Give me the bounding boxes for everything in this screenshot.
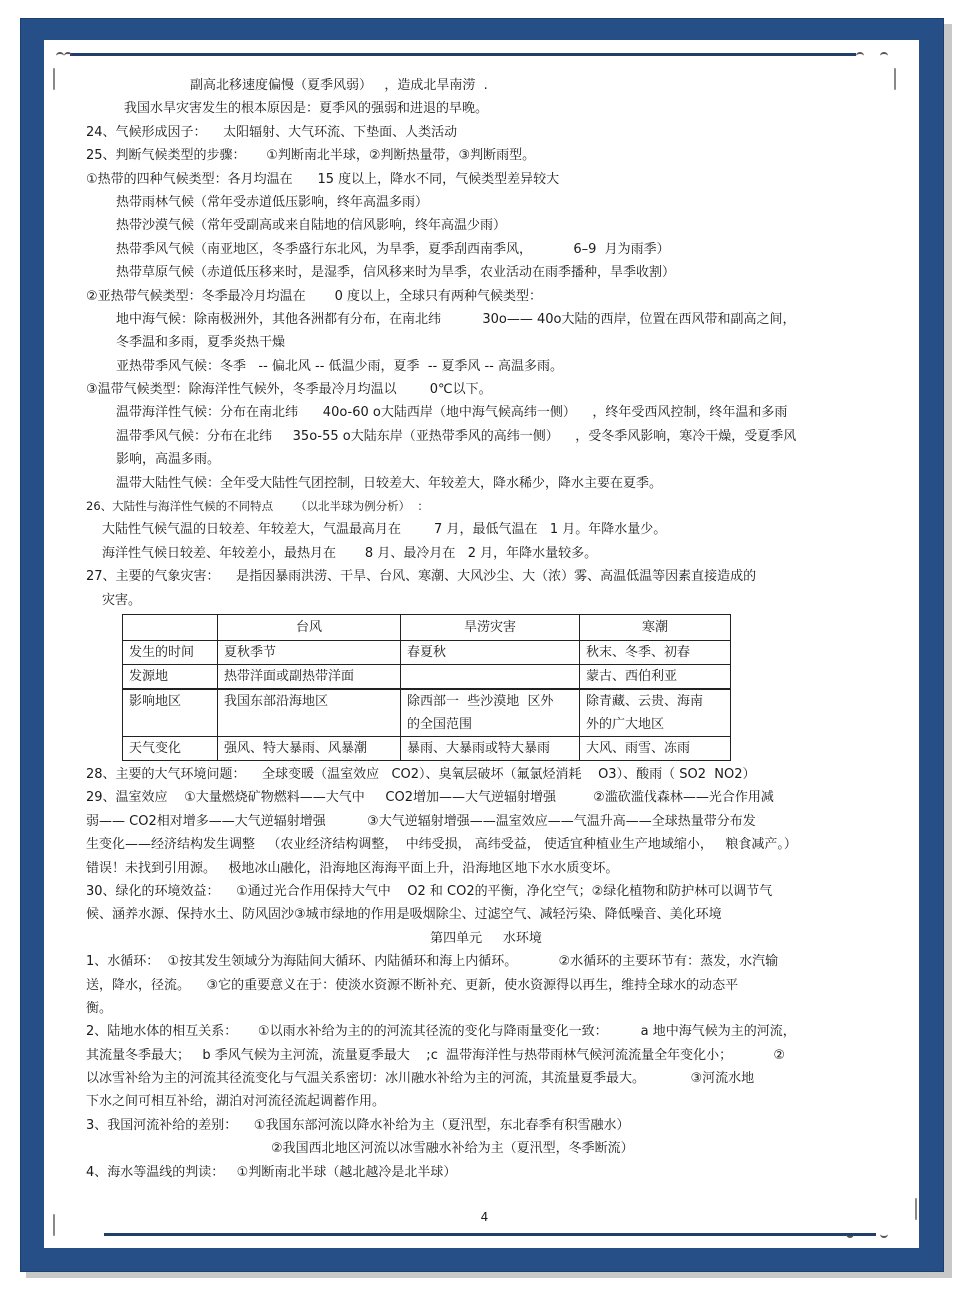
text-line: 29、温室效应 ①大量燃烧矿物燃料——大气中 CO2增加——大气逆辐射增强 ②滥… [86,786,886,809]
text-line: 热带沙漠气候（常年受副高或来自陆地的信风影响，终年高温少雨） [86,214,886,237]
top-rule [70,53,856,56]
corner-ornament [856,52,864,58]
section-heading: 第四单元 水环境 [86,927,886,950]
text-line: 错误！未找到引用源。 极地冰山融化，沿海地区海海平面上升，沿海地区地下水水质变坏… [86,857,886,880]
side-ornament [894,68,896,90]
table-cell: 发生的时间 [123,640,218,664]
table-row: 发源地 热带洋面或副热带洋面 蒙古、西伯利亚 [123,664,731,689]
table-header-cell: 台风 [218,614,401,640]
table-row: 发生的时间 夏秋季节 春夏秋 秋末、冬季、初春 [123,640,731,664]
text-line: 4、海水等温线的判读： ①判断南北半球（越北越冷是北半球） [86,1161,886,1184]
text-line: 影响，高温多雨。 [86,448,886,471]
corner-ornament [64,52,72,58]
text-line: 热带季风气候（南亚地区，冬季盛行东北风，为旱季，夏季刮西南季风， 6–9 月为雨… [86,238,886,261]
text-line: 地中海气候：除南极洲外，其他各洲都有分布，在南北纬 30o—— 40o大陆的西岸… [86,308,886,331]
text-line: ③温带气候类型：除海洋性气候外，冬季最冷月均温以 0℃以下。 [86,378,886,401]
text-line: 热带草原气候（赤道低压移来时，是湿季，信风移来时为旱季，农业活动在雨季播种，旱季… [86,261,886,284]
text-line: 27、主要的气象灾害： 是指因暴雨洪涝、干旱、台风、寒潮、大风沙尘、大（浓）雾、… [86,565,886,588]
table-cell: 发源地 [123,664,218,689]
text-block-after-table: 28、主要的大气环境问题： 全球变暖（温室效应 CO2）、臭氧层破坏（氟氯烃消耗… [86,763,886,1184]
text-line: 30、绿化的环境效益： ①通过光合作用保持大气中 O2 和 CO2的平衡，净化空… [86,880,886,903]
text-line: 我国水旱灾害发生的根本原因是：夏季风的强弱和进退的早晚。 [86,97,886,120]
bottom-rule [104,1233,876,1236]
table-header-cell [123,614,218,640]
text-line: 温带大陆性气候：全年受大陆性气团控制，日较差大、年较差大，降水稀少，降水主要在夏… [86,472,886,495]
table-cell: 暴雨、大暴雨或特大暴雨 [401,736,580,760]
corner-ornament [56,52,64,58]
text-line: 温带季风气候：分布在北纬 35o-55 o大陆东岸（亚热带季风的高纬一侧） ，受… [86,425,886,448]
side-ornament [53,68,55,90]
text-line: 海洋性气候日较差、年较差小，最热月在 8 月、最冷月在 2 月，年降水量较多。 [86,542,886,565]
text-line: 下水之间可相互补给，湖泊对河流径流起调蓄作用。 [86,1090,886,1113]
text-line: 1、水循环： ①按其发生领域分为海陆间大循环、内陆循环和海上内循环。 ②水循环的… [86,950,886,973]
text-line: 24、气候形成因子： 太阳辐射、大气环流、下垫面、人类活动 [86,121,886,144]
table-cell: 我国东部沿海地区 [218,689,401,737]
table-header-cell: 旱涝灾害 [401,614,580,640]
text-line: 28、主要的大气环境问题： 全球变暖（温室效应 CO2）、臭氧层破坏（氟氯烃消耗… [86,763,886,786]
table-cell [401,664,580,689]
text-line: 温带海洋性气候：分布在南北纬 40o-60 o大陆西岸（地中海气候高纬一侧） ，… [86,401,886,424]
text-line: 25、判断气候类型的步骤： ①判断南北半球，②判断热量带，③判断雨型。 [86,144,886,167]
text-line: 送，降水，径流。 ③它的重要意义在于：使淡水资源不断补充、更新，使水资源得以再生… [86,974,886,997]
text-line: 以冰雪补给为主的河流其径流变化与气温关系密切：冰川融水补给为主的河流，其流量夏季… [86,1067,886,1090]
text-line: 生变化——经济结构发生调整 （农业经济结构调整， 中纬受损， 高纬受益， 使适宜… [86,833,886,856]
text-line: 其流量冬季最大； b 季风气候为主河流，流量夏季最大 ;c 温带海洋性与热带雨林… [86,1044,886,1067]
text-line: 亚热带季风气候：冬季 -- 偏北风 -- 低温少雨，夏季 -- 夏季风 -- 高… [86,355,886,378]
table-row: 天气变化 强风、特大暴雨、风暴潮 暴雨、大暴雨或特大暴雨 大风、雨雪、冻雨 [123,736,731,760]
text-line: 灾害。 [86,589,886,612]
text-block-before-table: 副高北移速度偏慢（夏季风弱） ，造成北旱南涝 .我国水旱灾害发生的根本原因是：夏… [86,74,886,612]
table-cell: 热带洋面或副热带洋面 [218,664,401,689]
table-cell: 除西部一 些沙漠地 区外 的全国范围 [401,689,580,737]
disaster-table: 台风 旱涝灾害 寒潮 发生的时间 夏秋季节 春夏秋 秋末、冬季、初春 发源地 热… [122,614,731,761]
text-line: 热带雨林气候（常年受赤道低压影响，终年高温多雨） [86,191,886,214]
table-header-row: 台风 旱涝灾害 寒潮 [123,614,731,640]
text-line: ①热带的四种气候类型：各月均温在 15 度以上，降水不同，气候类型差异较大 [86,168,886,191]
table-cell: 除青藏、云贵、海南 外的广大地区 [580,689,731,737]
text-line: 冬季温和多雨，夏季炎热干燥 [86,331,886,354]
text-line: 衡。 [86,997,886,1020]
text-line: 2、陆地水体的相互关系： ①以雨水补给为主的的河流其径流的变化与降雨量变化一致：… [86,1020,886,1043]
text-line: 26、大陆性与海洋性气候的不同特点 （以北半球为例分析） ： [86,495,886,518]
table-cell: 夏秋季节 [218,640,401,664]
table-cell: 秋末、冬季、初春 [580,640,731,664]
table-row: 影响地区 我国东部沿海地区 除西部一 些沙漠地 区外 的全国范围 除青藏、云贵、… [123,689,731,737]
table-cell: 强风、特大暴雨、风暴潮 [218,736,401,760]
table-header-cell: 寒潮 [580,614,731,640]
document-body: 副高北移速度偏慢（夏季风弱） ，造成北旱南涝 .我国水旱灾害发生的根本原因是：夏… [86,74,886,1184]
text-line: 3、我国河流补给的差别： ①我国东部河流以降水补给为主（夏汛型，东北春季有积雪融… [86,1114,886,1137]
table-cell: 大风、雨雪、冻雨 [580,736,731,760]
table-cell: 天气变化 [123,736,218,760]
page-number: 4 [0,1210,969,1224]
text-line: 弱—— CO2相对增多——大气逆辐射增强 ③大气逆辐射增强——温室效应——气温升… [86,810,886,833]
table-cell: 蒙古、西伯利亚 [580,664,731,689]
text-line: ②我国西北地区河流以冰雪融水补给为主（夏汛型，冬季断流） [86,1137,886,1160]
text-line: 副高北移速度偏慢（夏季风弱） ，造成北旱南涝 . [86,74,886,97]
text-line: 大陆性气候气温的日较差、年较差大，气温最高月在 7 月，最低气温在 1 月。年降… [86,518,886,541]
table-cell: 影响地区 [123,689,218,737]
text-line: ②亚热带气候类型：冬季最冷月均温在 0 度以上，全球只有两种气候类型： [86,285,886,308]
table-cell: 春夏秋 [401,640,580,664]
corner-ornament [880,52,888,58]
text-line: 候、涵养水源、保持水土、防风固沙③城市绿地的作用是吸烟除尘、过滤空气、减轻污染、… [86,903,886,926]
